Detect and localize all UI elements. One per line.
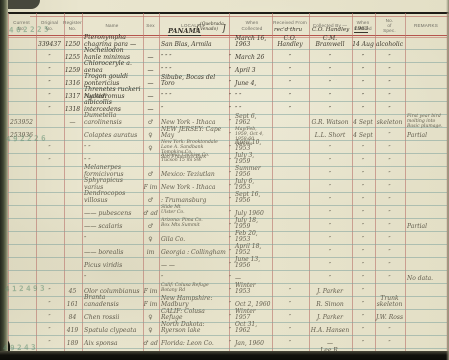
cell-by: ″ bbox=[309, 167, 351, 180]
cell-reg: 1255 bbox=[64, 50, 81, 63]
cell-by: ″ bbox=[309, 245, 351, 258]
cell-entered: ″ bbox=[352, 284, 374, 297]
cell-collected: June 13, 1956 bbox=[233, 258, 271, 271]
cell-remarks: Partial bbox=[405, 128, 447, 141]
cell-by: J. Parker bbox=[309, 310, 351, 323]
cell-name: ″ bbox=[82, 271, 142, 284]
stamped-catalog-number: 462225 bbox=[9, 25, 51, 35]
cell-collected: May/Feb, 1959, Oct 4, 1958-60 Various bbox=[233, 128, 271, 141]
cell-locality: New York - Ithaca bbox=[159, 180, 227, 193]
cell-received: ″ bbox=[272, 63, 308, 76]
cell-locality: San Blas, Armila bbox=[159, 37, 227, 50]
cell-collected: June 4, bbox=[233, 76, 271, 89]
cell-original: ″ bbox=[36, 310, 63, 323]
cell-collected: ″ ″ bbox=[233, 89, 271, 102]
cell-locality: Calif: Colusa Refuge Botany Rd bbox=[159, 284, 227, 297]
entry-note-year: 1963 bbox=[354, 26, 368, 33]
cell-by: R. Simon bbox=[309, 297, 351, 310]
cell-spec: ″ bbox=[375, 50, 404, 63]
cell-sex: F im bbox=[143, 180, 158, 193]
cell-by: ″ bbox=[309, 154, 351, 167]
cell-by: ″ bbox=[309, 141, 351, 154]
cell-name: ″ bbox=[82, 232, 142, 245]
cell-reg: 1318 bbox=[64, 102, 81, 115]
cell-entered: ″ bbox=[352, 258, 374, 271]
cell-sex: ♀ bbox=[143, 232, 158, 245]
bracket-glyph: ( bbox=[196, 24, 200, 34]
cell-by: ″ bbox=[309, 63, 351, 76]
cell-entered: ″ bbox=[352, 232, 374, 245]
cell-remarks: Partial bbox=[405, 219, 447, 232]
cell-spec: ″ bbox=[375, 63, 404, 76]
cell-sex: ♂ ad bbox=[143, 336, 158, 349]
cell-spec: ″ bbox=[375, 180, 404, 193]
cell-reg: 161 bbox=[64, 297, 81, 310]
entry-note-received: rec'd thru bbox=[274, 27, 302, 33]
cell-locality: ″ ″ ″ bbox=[159, 50, 227, 63]
cell-reg: 1259 bbox=[64, 63, 81, 76]
cell-reg: 84 bbox=[64, 310, 81, 323]
cell-original: ″ bbox=[36, 89, 63, 102]
cell-reg: 1316 bbox=[64, 76, 81, 89]
cell-locality: Georgia : Collingham bbox=[159, 245, 227, 258]
cell-entered: ″ bbox=[352, 323, 374, 336]
cell-collected: Winter 1953 bbox=[233, 284, 271, 297]
column-header-name: Name bbox=[82, 16, 142, 35]
cell-sex: — bbox=[143, 76, 158, 89]
cell-remarks: First year bird molting into Basic pluma… bbox=[405, 115, 447, 128]
cell-sex: ♂ bbox=[143, 219, 158, 232]
cell-spec: ″ bbox=[375, 219, 404, 232]
cell-locality: — — bbox=[159, 258, 227, 271]
cell-entered: ″ bbox=[352, 297, 374, 310]
cell-by: ″ bbox=[309, 50, 351, 63]
cell-sex: ♀ bbox=[143, 128, 158, 141]
cell-locality: ″ ″ ″ bbox=[159, 89, 227, 102]
column-header-sex: Sex bbox=[143, 16, 158, 35]
column-header-remarks: REMARKS bbox=[405, 16, 447, 35]
cell-by: ″ bbox=[309, 193, 351, 206]
cell-entered: ″ bbox=[352, 245, 374, 258]
cell-entered: ″ bbox=[352, 219, 374, 232]
cell-received: ″ bbox=[272, 50, 308, 63]
cell-original: ″ bbox=[36, 323, 63, 336]
cell-original: ″ bbox=[36, 141, 63, 154]
cell-reg: 419 bbox=[64, 323, 81, 336]
cell-locality: North Dakota: Ryerson lake bbox=[159, 323, 227, 336]
cell-spec: ″ bbox=[375, 89, 404, 102]
cell-entered: ″ bbox=[352, 167, 374, 180]
scan-bottom-edge bbox=[0, 351, 449, 360]
cell-entered: 14 Aug bbox=[352, 37, 374, 50]
cell-entered: 4 Sept bbox=[352, 128, 374, 141]
cell-remarks: No data. bbox=[405, 271, 447, 284]
cell-sex: ♀ bbox=[143, 310, 158, 323]
cell-name: —— pubescens bbox=[82, 206, 142, 219]
cell-collected: March 26 bbox=[233, 50, 271, 63]
cell-by: ″ bbox=[309, 271, 351, 284]
cell-name: ″ ″ bbox=[82, 141, 142, 154]
cell-by: ″ bbox=[309, 102, 351, 115]
entry-note-collector: C.O. Handley bbox=[312, 27, 349, 33]
cell-reg: 1317 bbox=[64, 89, 81, 102]
cell-entered: ″ bbox=[352, 180, 374, 193]
cell-sex: ♂ bbox=[143, 167, 158, 180]
header-rule-red bbox=[7, 35, 447, 36]
cell-name: Picus viridis bbox=[82, 258, 142, 271]
cell-locality: ″ bbox=[159, 102, 227, 115]
cell-original: 339437 bbox=[36, 37, 63, 50]
cell-entered: ″ bbox=[352, 271, 374, 284]
cell-entered: ″ bbox=[352, 50, 374, 63]
cell-spec: ″ bbox=[375, 336, 404, 349]
cell-entered: ″ bbox=[352, 102, 374, 115]
cell-spec: ″ bbox=[375, 102, 404, 115]
cell-entered: ″ bbox=[352, 141, 374, 154]
stamped-catalog-number: 412493 bbox=[5, 284, 47, 294]
cell-reg: 45 bbox=[64, 284, 81, 297]
cell-spec: J.W. Ross bbox=[375, 310, 404, 323]
cell-name: Aix sponsa bbox=[82, 336, 142, 349]
cell-sex: — bbox=[143, 63, 158, 76]
cell-received: ″ bbox=[272, 336, 308, 349]
cell-received: C.O. Handley bbox=[272, 37, 308, 50]
cell-spec: skeleton bbox=[375, 115, 404, 128]
cell-original: ″ bbox=[36, 76, 63, 89]
cell-reg: 1250 bbox=[64, 37, 81, 50]
cell-locality: Florida: Leon Co. bbox=[159, 336, 227, 349]
cell-by: J. Parker bbox=[309, 284, 351, 297]
cell-original: ″ bbox=[36, 297, 63, 310]
cell-received: ″ bbox=[272, 284, 308, 297]
cell-sex: ♂ ad bbox=[143, 206, 158, 219]
cell-spec: alcoholic bbox=[375, 37, 404, 50]
cell-entered: ″ bbox=[352, 63, 374, 76]
bracket-glyph-close: ] bbox=[222, 24, 226, 34]
cell-entered: ″ bbox=[352, 76, 374, 89]
cell-sex: F im bbox=[143, 284, 158, 297]
cell-spec: ″ bbox=[375, 154, 404, 167]
cell-name: —— borealis bbox=[82, 245, 142, 258]
cell-by: C.M. Bramwell bbox=[309, 37, 351, 50]
stamped-catalog-number: 49243 bbox=[3, 343, 38, 353]
cell-sex: F im bbox=[143, 297, 158, 310]
cell-by: ″ bbox=[309, 219, 351, 232]
cell-original: ″ bbox=[36, 336, 63, 349]
cell-spec: ″ bbox=[375, 232, 404, 245]
cell-received: ″ bbox=[272, 323, 308, 336]
cell-entered: ″ bbox=[352, 193, 374, 206]
cell-name: Branta canadensis bbox=[82, 297, 142, 310]
cell-name: Chen rossii bbox=[82, 310, 142, 323]
cell-collected: Sept 16, 1956 bbox=[233, 193, 271, 206]
cell-received: ″ bbox=[272, 76, 308, 89]
cell-entered: ″ bbox=[352, 89, 374, 102]
cell-spec: ″ bbox=[375, 141, 404, 154]
column-header-spec: No. of Spec. bbox=[375, 16, 404, 35]
cell-by: ″ bbox=[309, 180, 351, 193]
cell-entered: 4 Sept bbox=[352, 115, 374, 128]
cell-sex: ♂ bbox=[143, 115, 158, 128]
cell-by: G.R. Watson bbox=[309, 115, 351, 128]
cell-original: ″ bbox=[36, 63, 63, 76]
cell-entered: ″ bbox=[352, 336, 374, 349]
cell-spec: ″ bbox=[375, 258, 404, 271]
cell-sex: — bbox=[143, 102, 158, 115]
cell-spec: Trunk skeleton bbox=[375, 297, 404, 310]
cell-spec: ″ bbox=[375, 167, 404, 180]
cell-sex: im bbox=[143, 245, 158, 258]
cell-spec: ″ bbox=[375, 206, 404, 219]
cell-by: H.A. Hansen bbox=[309, 323, 351, 336]
cell-by: L.L. Short bbox=[309, 128, 351, 141]
cell-current: 253952 bbox=[8, 115, 35, 128]
cell-received: ″ bbox=[272, 297, 308, 310]
cell-locality: Mexico: Teziutlan bbox=[159, 167, 227, 180]
cell-collected: April 3 bbox=[233, 63, 271, 76]
cell-collected: Oct 31, 1962 bbox=[233, 323, 271, 336]
ledger-page: Current No.Original No.Register No.NameS… bbox=[0, 0, 449, 360]
cell-sex: — bbox=[143, 50, 158, 63]
cell-sex: ♀ bbox=[143, 141, 158, 154]
cell-by: ″ bbox=[309, 89, 351, 102]
cell-locality: Gila Co. bbox=[159, 232, 227, 245]
cell-spec: ″ bbox=[375, 193, 404, 206]
cell-locality: Arizona: Pima Co. Box Mts Summit bbox=[159, 219, 227, 232]
cell-spec: ″ bbox=[375, 323, 404, 336]
cell-received: ″ bbox=[272, 102, 308, 115]
cell-entered: ″ bbox=[352, 154, 374, 167]
column-header-reg: Register No. bbox=[64, 16, 81, 35]
cell-spec: ″ bbox=[375, 245, 404, 258]
cell-by: ″ bbox=[309, 76, 351, 89]
cell-sex: — bbox=[143, 89, 158, 102]
stamped-catalog-number: 492226 bbox=[6, 134, 48, 144]
cell-received: ″ bbox=[272, 310, 308, 323]
cell-original: ″ bbox=[36, 154, 63, 167]
cell-spec: ″ bbox=[375, 128, 404, 141]
cell-reg: — bbox=[64, 115, 81, 128]
cell-collected: March 16, 1963 bbox=[233, 37, 271, 50]
book-gutter-edge bbox=[0, 0, 8, 360]
cell-locality: Sibube, Bocas del Toro bbox=[159, 76, 227, 89]
region-sub-note: (Quebrada Venado) bbox=[200, 23, 224, 32]
cell-name: Colaptes auratus bbox=[82, 128, 142, 141]
cell-received: ″ bbox=[272, 89, 308, 102]
cell-original: ″ bbox=[36, 102, 63, 115]
grid-line-v bbox=[405, 13, 406, 351]
cell-name: Dumetella carolinensis bbox=[82, 115, 142, 128]
cell-by: ″ bbox=[309, 232, 351, 245]
cell-reg: 189 bbox=[64, 336, 81, 349]
cell-name: —— scalaris bbox=[82, 219, 142, 232]
cell-original: ″ bbox=[36, 50, 63, 63]
cell-collected: Jan, 1960 bbox=[233, 336, 271, 349]
cell-by: ″ bbox=[309, 258, 351, 271]
cell-spec: ″ bbox=[375, 271, 404, 284]
cell-name: Spatula clypeata bbox=[82, 323, 142, 336]
cell-entered: ″ bbox=[352, 206, 374, 219]
scan-top-edge bbox=[0, 12, 449, 14]
column-header-collected: When Collected bbox=[233, 16, 271, 35]
cell-sex: ♀ bbox=[143, 323, 158, 336]
cell-sex: ♂ bbox=[143, 193, 158, 206]
cell-locality: Arizona: Cochise Co. Tucson 15 mi SW bbox=[159, 154, 227, 167]
cell-name: Dendrocopos villosus bbox=[82, 193, 142, 206]
cell-by: ″ bbox=[309, 206, 351, 219]
cell-spec: ″ bbox=[375, 76, 404, 89]
cell-entered: ″ bbox=[352, 310, 374, 323]
